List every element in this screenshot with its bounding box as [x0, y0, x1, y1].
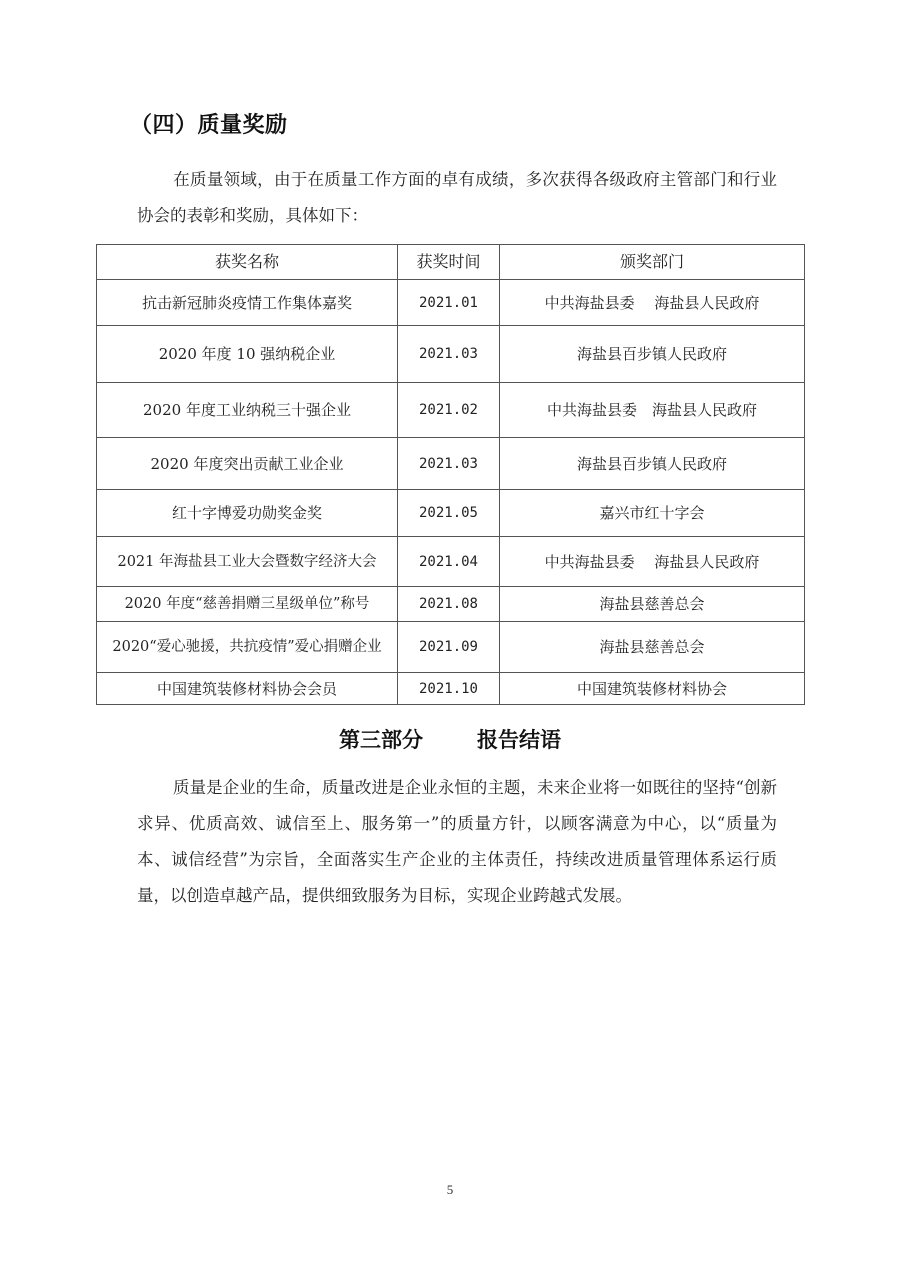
award-date: 2021.04	[398, 537, 500, 587]
document-page: （四）质量奖励 在质量领域，由于在质量工作方面的卓有成绩，多次获得各级政府主管部…	[0, 0, 900, 1273]
awards-table: 获奖名称 获奖时间 颁奖部门 抗击新冠肺炎疫情工作集体嘉奖 2021.01 中共…	[96, 244, 805, 705]
award-date: 2021.09	[398, 622, 500, 673]
award-date: 2021.01	[398, 280, 500, 326]
award-issuer: 中国建筑装修材料协会	[500, 673, 805, 705]
award-date: 2021.10	[398, 673, 500, 705]
header-label: 获奖时间	[416, 252, 480, 271]
award-name: 抗击新冠肺炎疫情工作集体嘉奖	[97, 280, 398, 326]
table-row: 2020 年度突出贡献工业企业 2021.03 海盐县百步镇人民政府	[97, 438, 805, 490]
table-row: 红十字博爱功勋奖金奖 2021.05 嘉兴市红十字会	[97, 490, 805, 537]
award-name: 2020 年度突出贡献工业企业	[97, 438, 398, 490]
award-issuer: 嘉兴市红十字会	[500, 490, 805, 537]
header-label: 颁奖部门	[620, 252, 684, 271]
conclusion-text: 质量是企业的生命，质量改进是企业永恒的主题，未来企业将一如既往的坚持“创新求异、…	[137, 778, 777, 905]
part-label: 第三部分	[339, 728, 423, 752]
award-name: 2020 年度工业纳税三十强企业	[97, 383, 398, 438]
award-name: 红十字博爱功勋奖金奖	[97, 490, 398, 537]
header-label: 获奖名称	[215, 252, 279, 271]
table-row: 中国建筑装修材料协会会员 2021.10 中国建筑装修材料协会	[97, 673, 805, 705]
table-row: 2020 年度 10 强纳税企业 2021.03 海盐县百步镇人民政府	[97, 326, 805, 383]
award-date: 2021.02	[398, 383, 500, 438]
page-number: 5	[0, 1182, 900, 1198]
table-row: 2021 年海盐县工业大会暨数字经济大会 2021.04 中共海盐县委 海盐县人…	[97, 537, 805, 587]
header-award-date: 获奖时间	[398, 245, 500, 280]
award-issuer: 海盐县百步镇人民政府	[500, 326, 805, 383]
header-award-name: 获奖名称	[97, 245, 398, 280]
award-issuer: 中共海盐县委 海盐县人民政府	[500, 383, 805, 438]
award-name: 2020“爱心驰援，共抗疫情”爱心捐赠企业	[97, 622, 398, 673]
table-row: 2020 年度工业纳税三十强企业 2021.02 中共海盐县委 海盐县人民政府	[97, 383, 805, 438]
award-issuer: 海盐县慈善总会	[500, 622, 805, 673]
table-row: 2020 年度“慈善捐赠三星级单位”称号 2021.08 海盐县慈善总会	[97, 587, 805, 622]
conclusion-paragraph: 质量是企业的生命，质量改进是企业永恒的主题，未来企业将一如既往的坚持“创新求异、…	[137, 770, 777, 914]
intro-paragraph: 在质量领域，由于在质量工作方面的卓有成绩，多次获得各级政府主管部门和行业协会的表…	[137, 162, 777, 234]
award-name: 中国建筑装修材料协会会员	[97, 673, 398, 705]
award-date: 2021.05	[398, 490, 500, 537]
table-row: 2020“爱心驰援，共抗疫情”爱心捐赠企业 2021.09 海盐县慈善总会	[97, 622, 805, 673]
table-row: 抗击新冠肺炎疫情工作集体嘉奖 2021.01 中共海盐县委 海盐县人民政府	[97, 280, 805, 326]
award-name: 2021 年海盐县工业大会暨数字经济大会	[97, 537, 398, 587]
award-name: 2020 年度 10 强纳税企业	[97, 326, 398, 383]
award-issuer: 中共海盐县委 海盐县人民政府	[500, 280, 805, 326]
award-issuer: 海盐县百步镇人民政府	[500, 438, 805, 490]
award-issuer: 海盐县慈善总会	[500, 587, 805, 622]
table-header-row: 获奖名称 获奖时间 颁奖部门	[97, 245, 805, 280]
header-award-issuer: 颁奖部门	[500, 245, 805, 280]
intro-text: 在质量领域，由于在质量工作方面的卓有成绩，多次获得各级政府主管部门和行业协会的表…	[137, 170, 777, 225]
award-name: 2020 年度“慈善捐赠三星级单位”称号	[97, 587, 398, 622]
section-heading: （四）质量奖励	[130, 108, 288, 139]
award-issuer: 中共海盐县委 海盐县人民政府	[500, 537, 805, 587]
part-title: 报告结语	[477, 728, 561, 752]
award-date: 2021.03	[398, 438, 500, 490]
award-date: 2021.03	[398, 326, 500, 383]
part-heading: 第三部分报告结语	[0, 724, 900, 754]
award-date: 2021.08	[398, 587, 500, 622]
